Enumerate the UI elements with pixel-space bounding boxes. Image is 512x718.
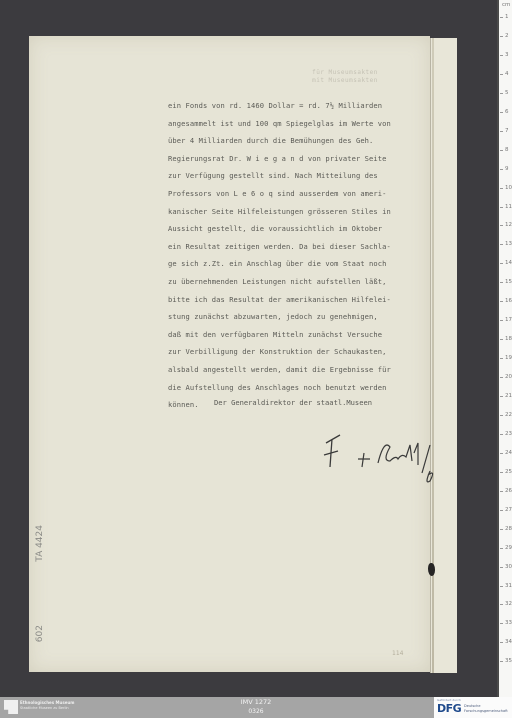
ruler-tick-label: 12 (505, 222, 512, 228)
ruler-tick: 20 (500, 374, 512, 380)
inventory-number: TA 4424 (35, 525, 45, 562)
ruler-tick-label: 13 (505, 241, 512, 247)
text-line: alsbald angestellt werden, damit die Erg… (168, 361, 438, 379)
ruler-tick: 19 (500, 355, 512, 361)
ruler-tick: 12 (500, 222, 512, 228)
handwritten-signature (318, 425, 448, 495)
ruler-tick-label: 1 (505, 14, 509, 20)
ruler-tick: 9 (500, 166, 509, 172)
typed-letter-body: ein Fonds von rd. 1460 Dollar = rd. 7½ M… (168, 97, 438, 414)
margin-annotation: TA 4424 602 (33, 525, 55, 655)
ruler-tick-label: 2 (505, 33, 509, 39)
dfg-name-line: Forschungsgemeinschaft (464, 709, 508, 713)
text-line: angesammelt ist und 100 qm Spiegelglas i… (168, 115, 438, 133)
ruler-tick-label: 30 (505, 564, 512, 570)
ruler-tick-label: 35 (505, 658, 512, 664)
dfg-name-line: Deutsche (464, 704, 481, 708)
ruler-tick: 4 (500, 71, 509, 77)
document-viewer: für Museumsakten mit Museumsakten ein Fo… (0, 0, 497, 697)
ruler-tick-label: 28 (505, 526, 512, 532)
stamp-line: für Museumsakten (300, 69, 390, 77)
text-line: Professors von L e 6 o q sind ausserdem … (168, 185, 438, 203)
text-line: zur Verbilligung der Konstruktion der Sc… (168, 343, 438, 361)
text-line: ein Fonds von rd. 1460 Dollar = rd. 7½ M… (168, 97, 438, 115)
text-line: ge sich z.Zt. ein Anschlag über die vom … (168, 255, 438, 273)
stamp-line: mit Museumsakten (300, 77, 390, 85)
ruler-tick: 28 (500, 526, 512, 532)
text-line: stung zunächst abzuwarten, jedoch zu gen… (168, 308, 438, 326)
ruler-tick: 27 (500, 507, 512, 513)
ruler-tick: 3 (500, 52, 509, 58)
ruler-tick-label: 4 (505, 71, 509, 77)
footer-bar: Ethnologisches Museum Staatliche Museen … (0, 697, 512, 718)
text-line: über 4 Milliarden durch die Bemühungen d… (168, 132, 438, 150)
ruler-tick: 10 (500, 185, 512, 191)
ruler-tick: 15 (500, 279, 512, 285)
ruler-tick: 34 (500, 639, 512, 645)
ruler-tick-label: 31 (505, 583, 512, 589)
folio-number: 602 (35, 625, 45, 642)
ruler-tick-label: 3 (505, 52, 509, 58)
faded-stamp: für Museumsakten mit Museumsakten (300, 69, 390, 85)
ruler-tick-label: 16 (505, 298, 512, 304)
ruler-tick-label: 5 (505, 90, 509, 96)
ruler-tick-label: 24 (505, 450, 512, 456)
ruler-tick-label: 7 (505, 128, 509, 134)
ruler-tick: 24 (500, 450, 512, 456)
ruler-tick-label: 34 (505, 639, 512, 645)
ruler-tick: 33 (500, 620, 512, 626)
ruler-tick-label: 17 (505, 317, 512, 323)
ruler-tick: 30 (500, 564, 512, 570)
ruler-tick: 5 (500, 90, 509, 96)
ruler-tick: 17 (500, 317, 512, 323)
ruler-tick: 14 (500, 260, 512, 266)
ruler-tick-label: 9 (505, 166, 509, 172)
ruler-tick-label: 20 (505, 374, 512, 380)
text-line: bitte ich das Resultat der amerikanische… (168, 291, 438, 309)
ruler-tick-label: 11 (505, 204, 512, 210)
text-line: daß mit den verfügbaren Mitteln zunächst… (168, 326, 438, 344)
ruler-tick-label: 25 (505, 469, 512, 475)
ruler-tick: 18 (500, 336, 512, 342)
text-line: Aussicht gestellt, die voraussichtlich i… (168, 220, 438, 238)
text-line: kanischer Seite Hilfeleistungen grössere… (168, 203, 438, 221)
dfg-credit: Gefördert durch DFG Deutsche Forschungsg… (434, 697, 512, 718)
ruler-tick: 16 (500, 298, 512, 304)
ruler-tick: 23 (500, 431, 512, 437)
ruler-tick-label: 23 (505, 431, 512, 437)
ruler-tick-label: 15 (505, 279, 512, 285)
ruler-tick: 1 (500, 14, 509, 20)
corner-mark: 114 (392, 650, 403, 657)
ruler-tick: 35 (500, 658, 512, 664)
ruler-tick-label: 14 (505, 260, 512, 266)
ruler-tick: 8 (500, 147, 509, 153)
closing-line: Der Generaldirektor der staatl.Museen (214, 398, 372, 407)
ink-blot (428, 563, 435, 576)
ruler-tick-label: 33 (505, 620, 512, 626)
ruler-tick: 25 (500, 469, 512, 475)
ruler-tick-label: 32 (505, 601, 512, 607)
ruler-tick: 32 (500, 601, 512, 607)
ruler-tick: 21 (500, 393, 512, 399)
text-line: Regierungsrat Dr. W i e g a n d von priv… (168, 150, 438, 168)
ruler-tick: 2 (500, 33, 509, 39)
ruler-tick: 29 (500, 545, 512, 551)
ruler-tick-label: 26 (505, 488, 512, 494)
dfg-name: Deutsche Forschungsgemeinschaft (464, 704, 508, 713)
ruler-tick-label: 19 (505, 355, 512, 361)
text-line: zur Verfügung gestellt sind. Nach Mittei… (168, 167, 438, 185)
ruler-tick: 13 (500, 241, 512, 247)
ruler-tick: 26 (500, 488, 512, 494)
ruler-tick: 6 (500, 109, 509, 115)
ruler-tick-label: 27 (505, 507, 512, 513)
ruler-tick-label: 22 (505, 412, 512, 418)
ruler-unit: cm (502, 2, 510, 8)
ruler-tick: 11 (500, 204, 512, 210)
text-line: die Aufstellung des Anschlages noch benu… (168, 379, 438, 397)
dfg-logo-icon: DFG (437, 702, 461, 715)
ruler-tick-label: 21 (505, 393, 512, 399)
ruler-tick: 31 (500, 583, 512, 589)
ruler-tick-label: 29 (505, 545, 512, 551)
cm-scale-ruler: cm 1234567891011121314151617181920212223… (497, 0, 512, 697)
ruler-tick-label: 10 (505, 185, 512, 191)
text-line: zu übernehmenden Leistungen nicht aufste… (168, 273, 438, 291)
ruler-tick: 22 (500, 412, 512, 418)
ruler-tick-label: 8 (505, 147, 509, 153)
ruler-tick: 7 (500, 128, 509, 134)
ruler-tick-label: 6 (505, 109, 509, 115)
ruler-tick-label: 18 (505, 336, 512, 342)
text-line: ein Resultat zeitigen werden. Da bei die… (168, 238, 438, 256)
